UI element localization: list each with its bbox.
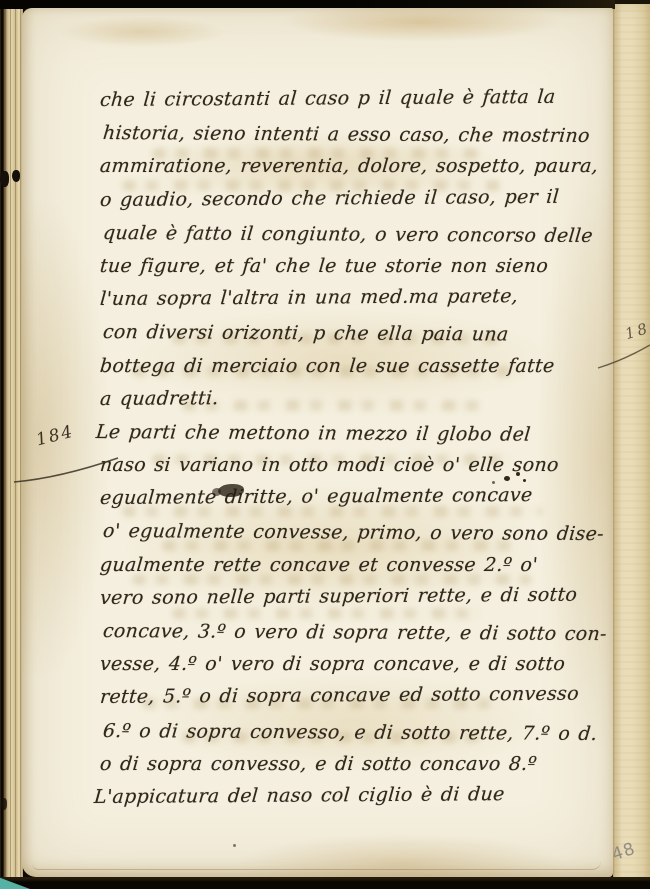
manuscript-line: historia, sieno intenti a esso caso, che…	[101, 117, 617, 153]
manuscript-line: 6.º o di sopra convesso, e di sotto rett…	[101, 715, 617, 751]
ink-dot	[504, 476, 510, 481]
manuscript-line: o di sopra convesso, e di sotto concavo …	[99, 748, 618, 781]
manuscript-line: rette, 5.º o di sopra concave ed sotto c…	[99, 678, 618, 715]
manuscript-line: a quadretti.	[99, 379, 618, 416]
manuscript-line: che li circostanti al caso p il quale è …	[99, 80, 618, 117]
pencil-folio-number-text: 48	[609, 839, 638, 865]
manuscript-page: che li circostanti al caso p il quale è …	[22, 8, 613, 877]
manuscript-line: o gaudio, secondo che richiede il caso, …	[99, 180, 618, 217]
manuscript-line: tue figure, et fa' che le tue storie non…	[99, 250, 618, 283]
ink-dot	[516, 472, 520, 476]
ink-blot	[218, 484, 244, 497]
manuscript-line: vesse, 4.º o' vero di sopra concave, e d…	[99, 648, 618, 681]
ink-dot	[523, 479, 526, 482]
book-top-edge-right	[615, 0, 650, 4]
manuscript-line: con diversi orizonti, p che ella paia un…	[101, 316, 617, 352]
pencil-folio-number: 48	[612, 842, 650, 882]
manuscript-photo: che li circostanti al caso p il quale è …	[0, 0, 650, 889]
book-bottom-edge	[0, 877, 650, 889]
manuscript-line: egualmente diritte, o' egualmente concav…	[99, 479, 618, 516]
edge-ink-blob	[1, 798, 7, 810]
next-page-edge	[613, 3, 650, 884]
manuscript-line: l'una sopra l'altra in una med.ma parete…	[99, 280, 618, 317]
edge-ink-blob	[12, 170, 20, 182]
ink-blot	[212, 488, 221, 496]
manuscript-line: o' egualmente convesse, primo, o vero so…	[101, 515, 617, 551]
text-block: che li circostanti al caso p il quale è …	[100, 84, 616, 814]
manuscript-line: quale è fatto il congiunto, o vero conco…	[101, 217, 617, 253]
edge-ink-blob	[0, 171, 9, 187]
manuscript-line: Le parti che mettono in mezzo il globo d…	[94, 416, 617, 452]
ink-dot	[492, 481, 495, 484]
manuscript-line: vero sono nelle parti superiori rette, e…	[99, 578, 618, 615]
margin-underline-flourish	[12, 440, 124, 488]
ink-speck	[233, 844, 236, 847]
manuscript-line: bottega di merciaio con le sue cassette …	[99, 350, 618, 383]
manuscript-line: ammiratione, reverentia, dolore, sospett…	[99, 150, 618, 183]
manuscript-line: L'appicatura del naso col ciglio è di du…	[93, 777, 618, 814]
manuscript-line: naso si variano in otto modi cioè o' ell…	[99, 449, 618, 482]
manuscript-line: gualmente rette concave et convesse 2.º …	[99, 549, 618, 582]
left-margin-number: 184	[24, 426, 134, 486]
next-page-margin-underline	[596, 336, 650, 372]
manuscript-line: concave, 3.º o vero di sopra rette, e di…	[101, 615, 617, 651]
